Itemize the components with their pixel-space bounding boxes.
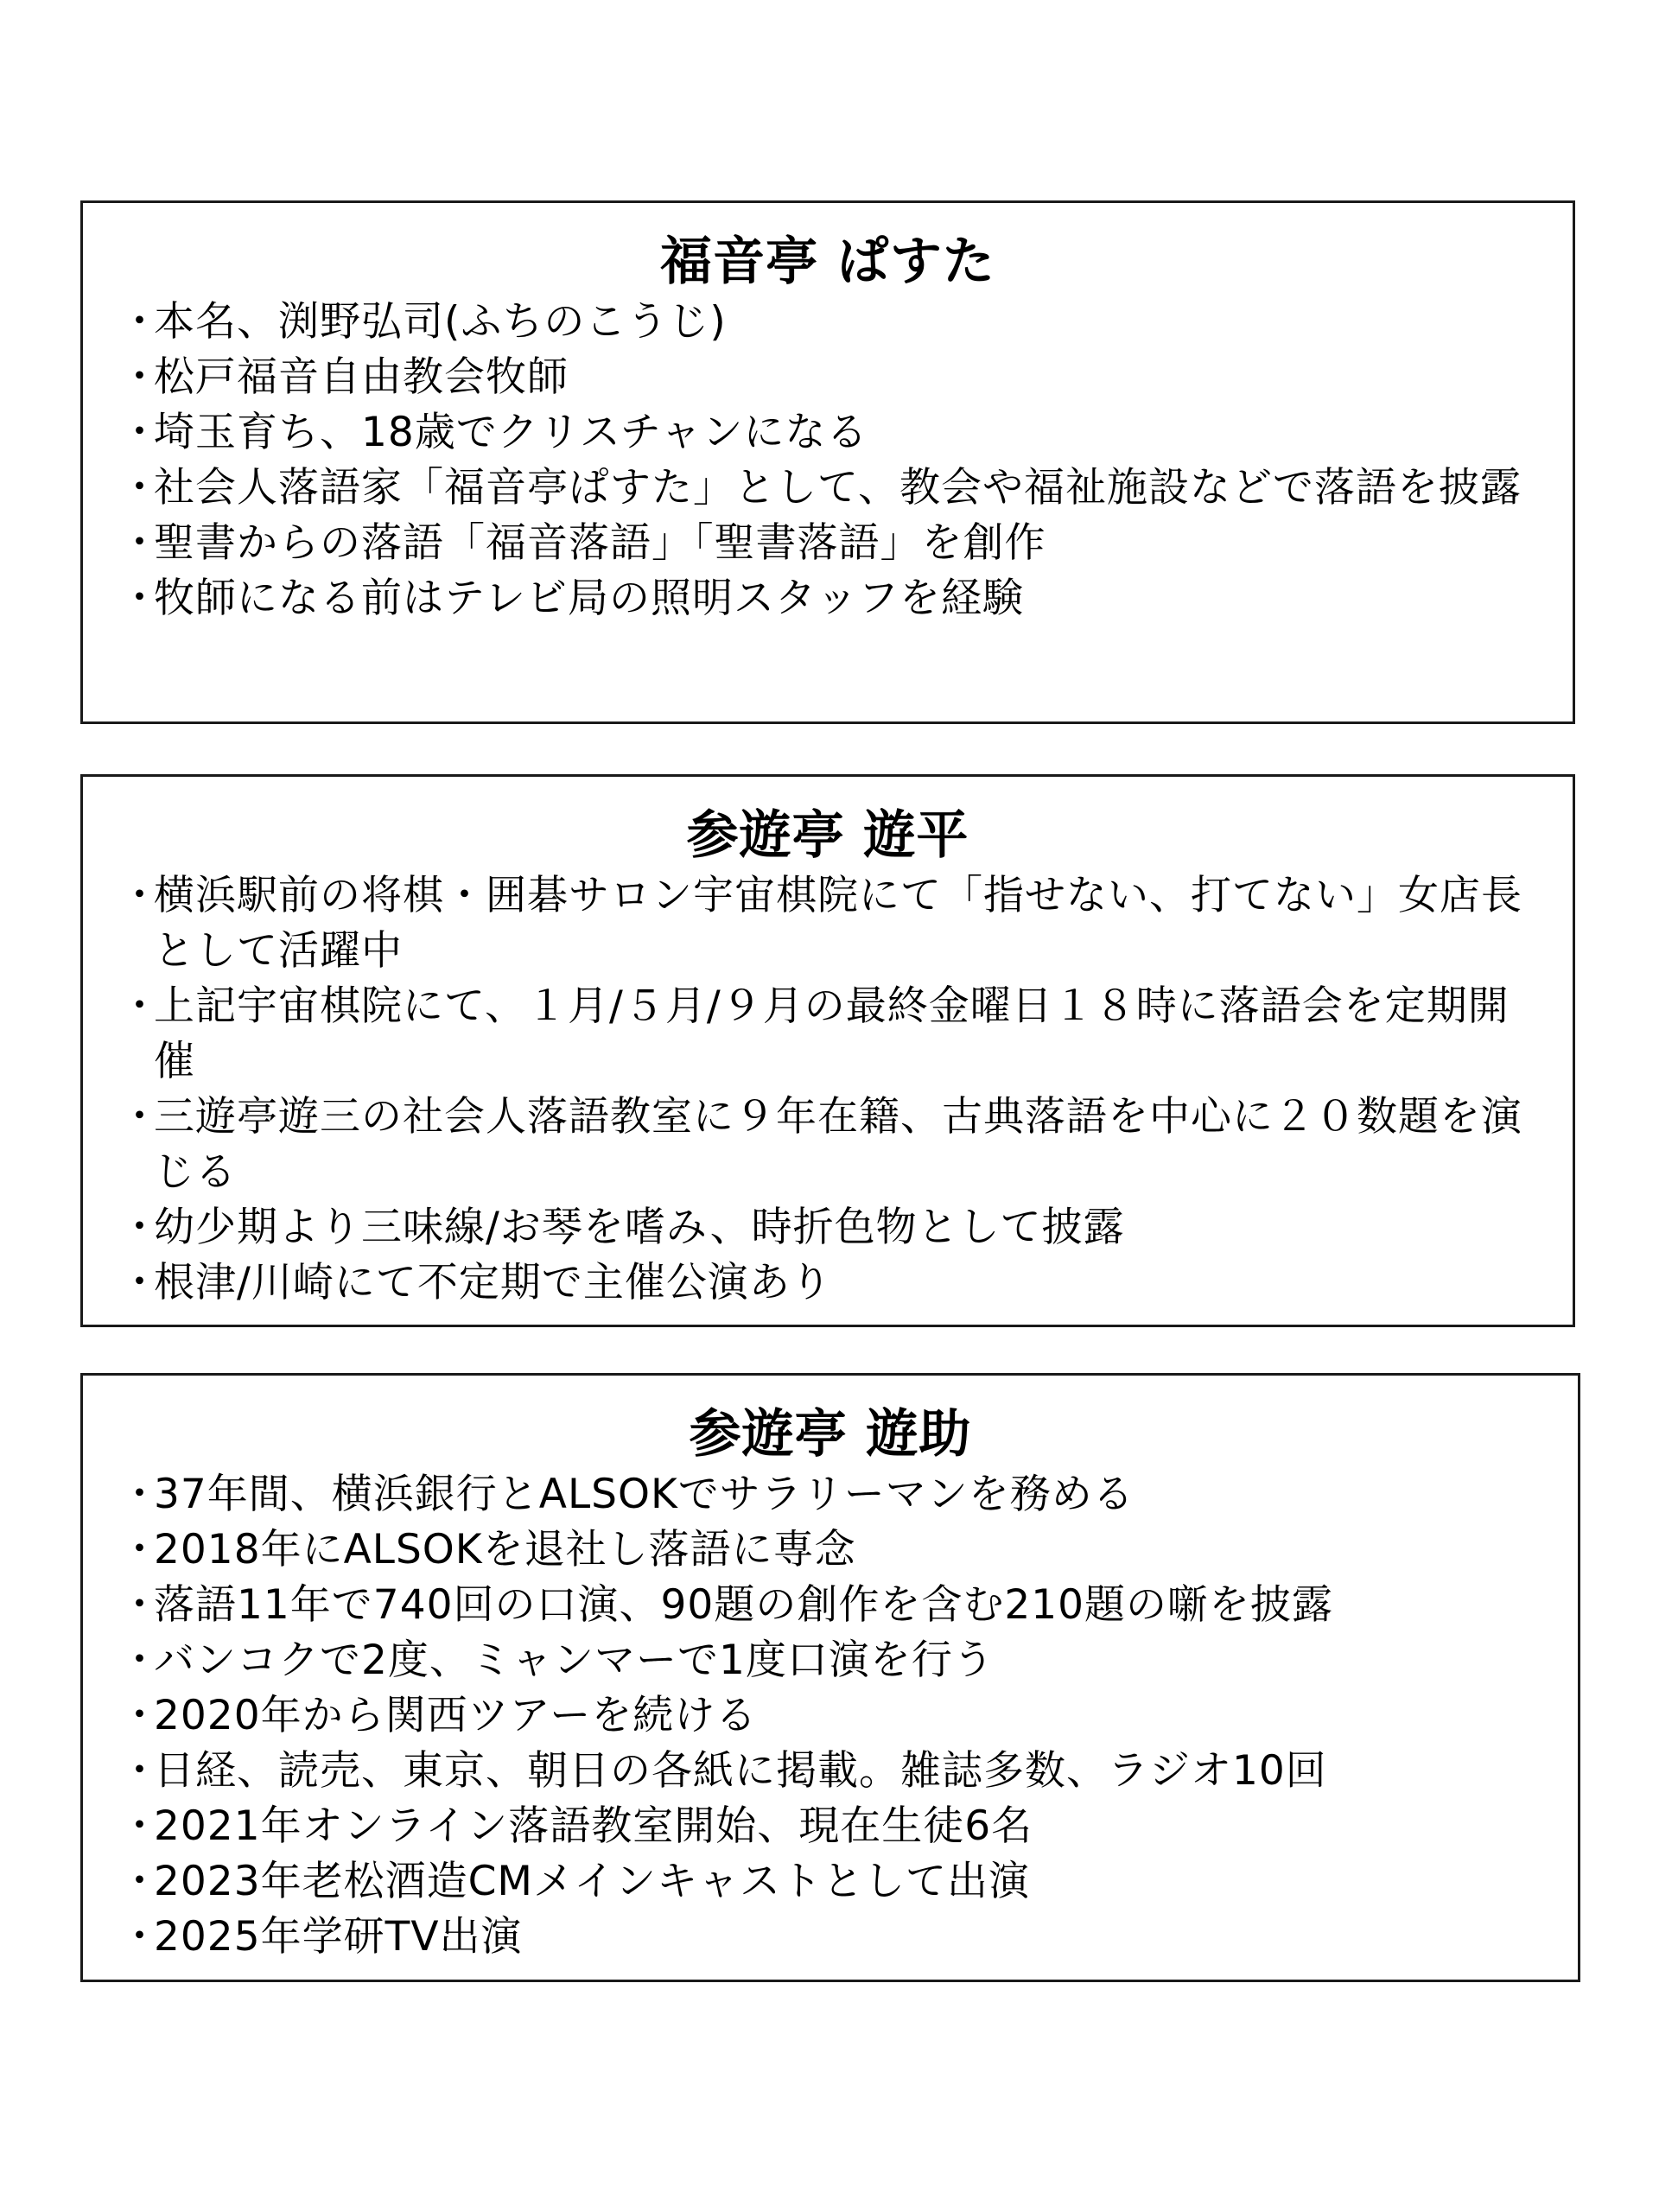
list-item-text: 松戸福音自由教会牧師: [154, 353, 569, 401]
bullet-icon: ・: [119, 1854, 154, 1910]
profile-title: 参遊亭 遊平: [83, 777, 1573, 868]
bullet-icon: ・: [119, 1522, 154, 1578]
profile-bullet-list: ・37年間、横浜銀行とALSOKでサラリーマンを務める ・2018年にALSOK…: [83, 1467, 1578, 1965]
list-item-text: 2020年から関西ツアーを続ける: [154, 1692, 757, 1739]
bullet-icon: ・: [119, 516, 154, 571]
list-item: ・松戸福音自由教会牧師: [119, 350, 1538, 405]
list-item: ・2023年老松酒造CMメインキャストとして出演: [119, 1854, 1543, 1910]
list-item-text: 横浜駅前の将棋・囲碁サロン宇宙棋院にて「指せない、打てない」女店長として活躍中: [154, 872, 1522, 975]
profile-title: 参遊亭 遊助: [83, 1376, 1578, 1467]
list-item: ・横浜駅前の将棋・囲碁サロン宇宙棋院にて「指せない、打てない」女店長として活躍中: [119, 868, 1538, 979]
list-item: ・2018年にALSOKを退社し落語に専念: [119, 1522, 1543, 1578]
bullet-icon: ・: [119, 1910, 154, 1965]
bullet-icon: ・: [119, 1200, 154, 1255]
list-item: ・日経、読売、東京、朝日の各紙に掲載。雑誌多数、ラジオ10回: [119, 1744, 1543, 1799]
list-item: ・聖書からの落語「福音落語」「聖書落語」を創作: [119, 516, 1538, 571]
list-item: ・埼玉育ち、18歳でクリスチャンになる: [119, 405, 1538, 461]
profile-bullet-list: ・横浜駅前の将棋・囲碁サロン宇宙棋院にて「指せない、打てない」女店長として活躍中…: [83, 868, 1573, 1311]
list-item-text: 三遊亭遊三の社会人落語教室に９年在籍、古典落語を中心に２０数題を演じる: [154, 1093, 1522, 1196]
list-item-text: 落語11年で740回の口演、90題の創作を含む210題の噺を披露: [154, 1581, 1333, 1629]
bullet-icon: ・: [119, 405, 154, 461]
list-item: ・牧師になる前はテレビ局の照明スタッフを経験: [119, 571, 1538, 626]
bullet-icon: ・: [119, 1090, 154, 1145]
bullet-icon: ・: [119, 1633, 154, 1688]
list-item-text: 2018年にALSOKを退社し落語に専念: [154, 1526, 856, 1573]
bullet-icon: ・: [119, 350, 154, 405]
list-item-text: 幼少期より三味線/お琴を嗜み、時折色物として披露: [154, 1204, 1125, 1251]
list-item-text: バンコクで2度、ミャンマーで1度口演を行う: [154, 1637, 995, 1684]
profile-bullet-list: ・本名、渕野弘司(ふちのこうじ) ・松戸福音自由教会牧師 ・埼玉育ち、18歳でク…: [83, 295, 1573, 626]
list-item-text: 上記宇宙棋院にて、１月/５月/９月の最終金曜日１８時に落語会を定期開催: [154, 982, 1510, 1085]
list-item: ・落語11年で740回の口演、90題の創作を含む210題の噺を披露: [119, 1578, 1543, 1633]
list-item: ・三遊亭遊三の社会人落語教室に９年在籍、古典落語を中心に２０数題を演じる: [119, 1090, 1538, 1200]
profile-title: 福音亭 ぱすた: [83, 203, 1573, 295]
list-item: ・2021年オンライン落語教室開始、現在生徒6名: [119, 1799, 1543, 1854]
bullet-icon: ・: [119, 571, 154, 626]
bullet-icon: ・: [119, 1799, 154, 1854]
list-item-text: 2023年老松酒造CMメインキャストとして出演: [154, 1858, 1030, 1905]
list-item-text: 社会人落語家「福音亭ぱすた」として、教会や福祉施設などで落語を披露: [154, 464, 1522, 512]
list-item: ・バンコクで2度、ミャンマーで1度口演を行う: [119, 1633, 1543, 1688]
bullet-icon: ・: [119, 1467, 154, 1522]
bullet-icon: ・: [119, 979, 154, 1034]
bullet-icon: ・: [119, 868, 154, 924]
list-item-text: 日経、読売、東京、朝日の各紙に掲載。雑誌多数、ラジオ10回: [154, 1747, 1327, 1795]
list-item: ・根津/川崎にて不定期で主催公演あり: [119, 1255, 1538, 1311]
list-item: ・本名、渕野弘司(ふちのこうじ): [119, 295, 1538, 350]
list-item-text: 聖書からの落語「福音落語」「聖書落語」を創作: [154, 519, 1046, 567]
bullet-icon: ・: [119, 1578, 154, 1633]
bullet-icon: ・: [119, 1688, 154, 1744]
list-item: ・37年間、横浜銀行とALSOKでサラリーマンを務める: [119, 1467, 1543, 1522]
list-item: ・2020年から関西ツアーを続ける: [119, 1688, 1543, 1744]
bullet-icon: ・: [119, 461, 154, 516]
list-item-text: 埼玉育ち、18歳でクリスチャンになる: [154, 409, 868, 456]
list-item: ・上記宇宙棋院にて、１月/５月/９月の最終金曜日１８時に落語会を定期開催: [119, 979, 1538, 1090]
list-item-text: 牧師になる前はテレビ局の照明スタッフを経験: [154, 575, 1024, 622]
profile-card-fukuintei-pasta: 福音亭 ぱすた ・本名、渕野弘司(ふちのこうじ) ・松戸福音自由教会牧師 ・埼玉…: [80, 200, 1575, 724]
profile-card-sanyutei-yuhei: 参遊亭 遊平 ・横浜駅前の将棋・囲碁サロン宇宙棋院にて「指せない、打てない」女店…: [80, 774, 1575, 1327]
list-item-text: 2021年オンライン落語教室開始、現在生徒6名: [154, 1802, 1033, 1850]
list-item: ・社会人落語家「福音亭ぱすた」として、教会や福祉施設などで落語を披露: [119, 461, 1538, 516]
bullet-icon: ・: [119, 1744, 154, 1799]
list-item-text: 根津/川崎にて不定期で主催公演あり: [154, 1259, 832, 1306]
bullet-icon: ・: [119, 295, 154, 350]
profile-card-sanyutei-yusuke: 参遊亭 遊助 ・37年間、横浜銀行とALSOKでサラリーマンを務める ・2018…: [80, 1373, 1580, 1982]
bullet-icon: ・: [119, 1255, 154, 1311]
list-item: ・幼少期より三味線/お琴を嗜み、時折色物として披露: [119, 1200, 1538, 1255]
list-item-text: 37年間、横浜銀行とALSOKでサラリーマンを務める: [154, 1471, 1135, 1518]
list-item-text: 本名、渕野弘司(ふちのこうじ): [154, 298, 727, 346]
list-item-text: 2025年学研TV出演: [154, 1913, 522, 1961]
list-item: ・2025年学研TV出演: [119, 1910, 1543, 1965]
